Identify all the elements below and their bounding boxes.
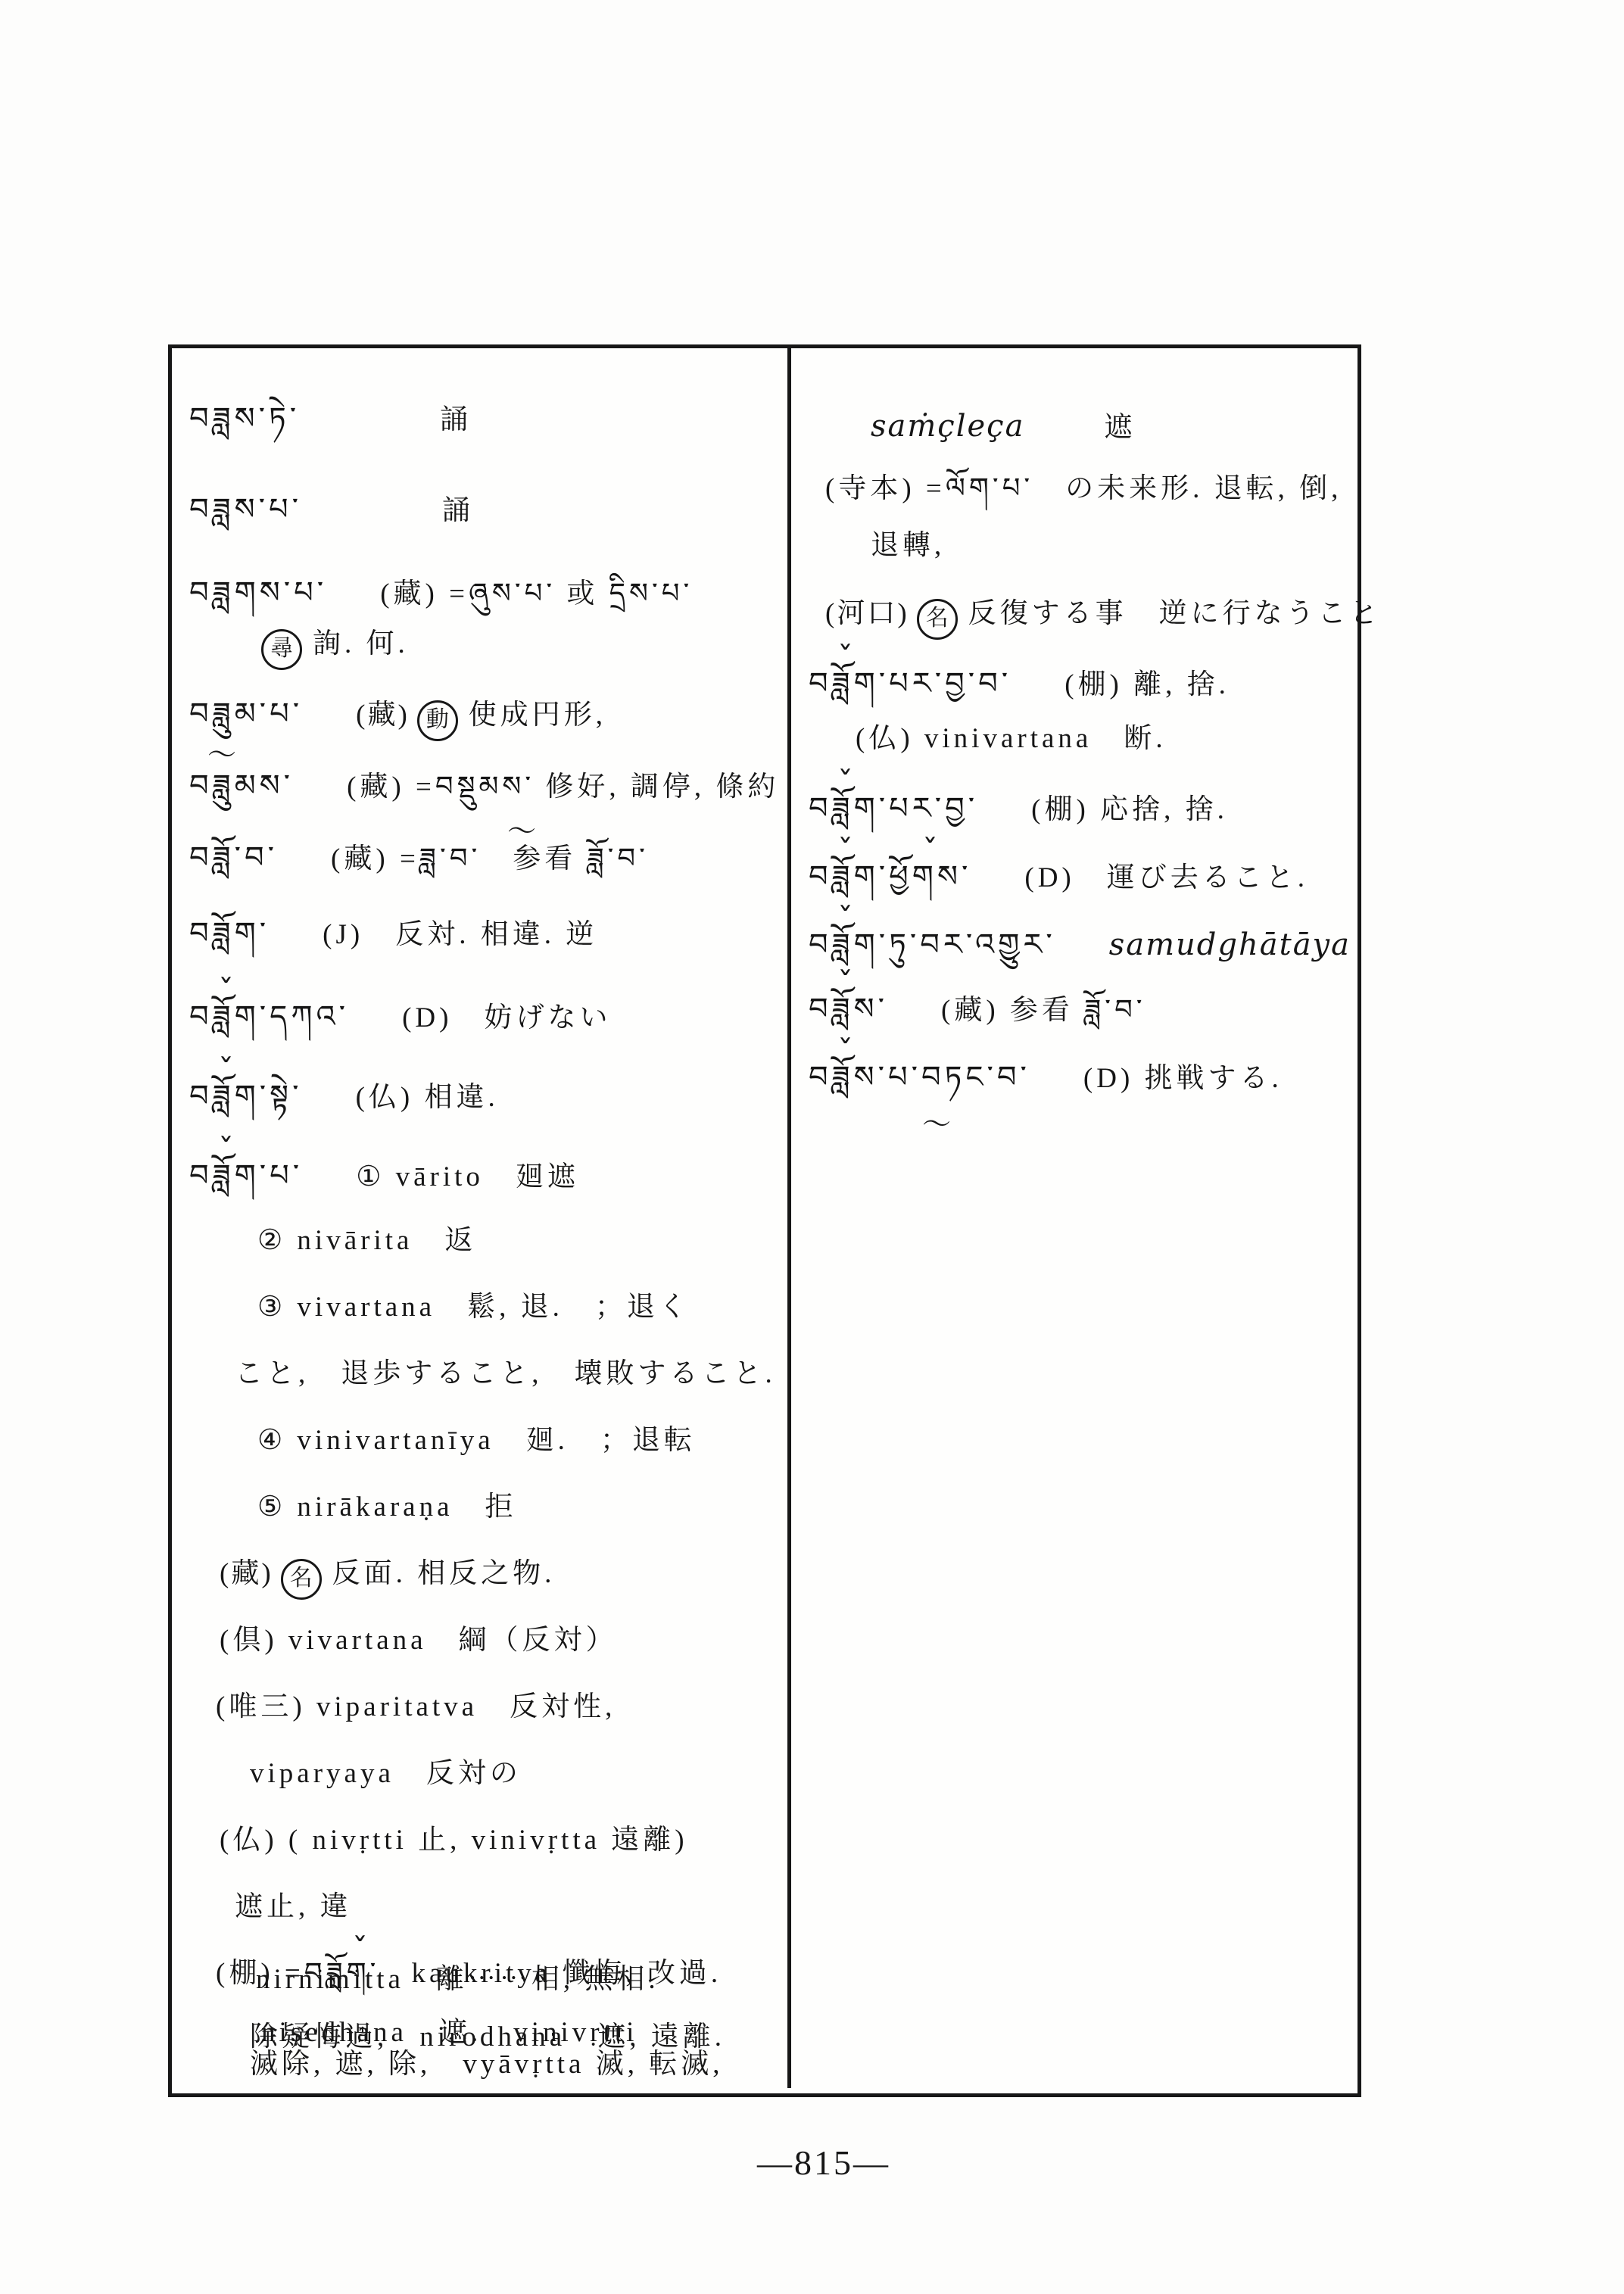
- gloss-text: viparyaya 反対の: [250, 1758, 522, 1789]
- entry-line: ˇ བཟློས་(藏) 参看 ཟློ་བ་: [809, 992, 1146, 1027]
- entry-subline: こと, 退歩すること, 壊敗すること.: [235, 1358, 776, 1391]
- entry-line: ˇ བཟློག་པ་① vārito 廻遮: [189, 1158, 579, 1194]
- gloss-text: (藏) =ཞུས་པ་ 或 དྲིས་པ་: [380, 578, 693, 609]
- tibetan-headword: བཟློག་དཀའ་: [189, 999, 349, 1034]
- gloss-text: niṣedhana 遮. vinivṛtti: [261, 2017, 637, 2048]
- gloss-text: 遮: [1104, 412, 1136, 443]
- gloss-text: 遮止, 違: [235, 1891, 352, 1922]
- gloss-text: (仏) ( nivṛtti 止, vinivṛtta 遠離): [220, 1825, 688, 1856]
- entry-subline: niṣedhana 遮. vinivṛtti: [261, 2017, 637, 2049]
- grammar-marker-circle: 名: [917, 599, 958, 640]
- source-tag: (藏): [220, 1558, 273, 1589]
- caret-mark: ˇ: [837, 966, 853, 1002]
- entry-subline: (仏) vinivartana 断.: [856, 723, 1167, 756]
- wavy-underline-mark: 〜: [207, 739, 236, 772]
- entry-subline: ③ vivartana 鬆, 退. ；退く: [257, 1292, 690, 1324]
- tibetan-headword: བཟློག་པར་བྱ་: [809, 791, 978, 826]
- entry-line: ˇ བཟློག་ཏུ་བར་འགྱུར་samudghātāya: [809, 927, 1385, 962]
- entry-line: ˇ བཟློག་དཀའ་(D) 妨げない: [189, 999, 611, 1035]
- entry-subline: 退轉,: [871, 530, 945, 563]
- entry-subline: ② nivārita 返: [257, 1225, 476, 1258]
- source-tag: (藏): [356, 700, 410, 731]
- tibetan-headword: བཟླས་ཏེ་: [189, 401, 300, 436]
- entry-line: ˇ ˇ བཟློག་ཕྱོགས་(D) 運び去ること.: [809, 859, 1308, 895]
- gloss-text: (倶) vivartana 綱（反対）: [220, 1625, 618, 1656]
- tibetan-headword: བཟློག་ཕྱོགས་: [809, 859, 971, 894]
- gloss-text: (J) 反対. 相違. 逆: [323, 919, 597, 950]
- page-number: —815—: [757, 2143, 890, 2183]
- caret-mark: ˇ: [837, 1034, 853, 1071]
- entry-subline: (唯三) viparitatva 反対性,: [216, 1691, 616, 1724]
- gloss-text: (寺本) =ལོག་པ་ の未来形. 退転, 倒,: [825, 473, 1342, 504]
- gloss-text: (棚) 応捨, 捨.: [1031, 794, 1228, 825]
- gloss-text: (藏) =བསྡུམས་ 修好, 調停, 條約: [347, 771, 779, 803]
- entry-line: ˇ བཟློག་པར་བྱ་(棚) 応捨, 捨.: [809, 791, 1228, 827]
- grammar-marker-circle: 動: [417, 700, 458, 741]
- entry-subline: ④ vinivartanīya 廻. ；退転: [257, 1425, 696, 1457]
- gloss-text: ④ vinivartanīya 廻. ；退転: [257, 1425, 696, 1456]
- tibetan-headword: བཟློག་: [189, 916, 270, 951]
- grammar-marker-circle: 名: [281, 1559, 322, 1600]
- gloss-text: 退轉,: [871, 530, 945, 561]
- gloss-text: 反面. 相反之物.: [332, 1558, 556, 1589]
- gloss-text: (唯三) viparitatva 反対性,: [216, 1691, 616, 1722]
- caret-mark: ˇ: [837, 902, 853, 938]
- entry-subline: (河口)名反復する事 逆に行なうこと: [825, 598, 1382, 640]
- gloss-text: 滅除, 遮, 除, vyāvṛtta 滅, 転滅,: [250, 2049, 723, 2080]
- source-tag: (河口): [825, 598, 909, 629]
- entry-subline: viparyaya 反対の: [250, 1758, 522, 1791]
- gloss-text: 詢. 何.: [313, 628, 409, 659]
- entry-line: 〜 བཟླུམས་(藏) =བསྡུམས་ 修好, 調停, 條約: [189, 768, 779, 804]
- gloss-text: ① vārito 廻遮: [356, 1161, 579, 1192]
- gloss-text: (D) 妨げない: [402, 1002, 611, 1033]
- gloss-text: (D) 挑戦する.: [1083, 1063, 1283, 1094]
- gloss-text: (仏) vinivartana 断.: [856, 723, 1167, 754]
- gloss-text: (仏) 相違.: [356, 1082, 499, 1113]
- tibetan-headword: བཟླས་པ་: [189, 492, 302, 527]
- entry-line: བཟློག་(J) 反対. 相違. 逆: [189, 916, 597, 952]
- gloss-text: ⑤ nirākaraṇa 拒: [257, 1491, 517, 1523]
- wavy-underline-mark: 〜: [922, 1108, 951, 1142]
- entry-line: ˇ 〜 བཟློས་པ་བཏང་བ་(D) 挑戦する.: [809, 1060, 1283, 1096]
- gloss-text: ② nivārita 返: [257, 1225, 476, 1256]
- entry-subline: (寺本) =ལོག་པ་ の未来形. 退転, 倒,: [825, 473, 1342, 506]
- entry-line: བཟློ་བ་(藏) =ཟླ་བ་ 参看 ཟློ་བ་: [189, 840, 649, 876]
- caret-mark: ˇ: [837, 641, 853, 677]
- gloss-text: (藏) =ཟླ་བ་ 参看 ཟློ་བ་: [331, 843, 649, 874]
- entry-subline: (倶) vivartana 綱（反対）: [220, 1625, 618, 1657]
- gloss-text: 反復する事 逆に行なうこと: [968, 598, 1382, 629]
- entry-line: 〜 བཟླུམ་པ་(藏)動使成円形,: [189, 697, 606, 741]
- entry-line: བཟླས་ཏེ་誦: [189, 401, 472, 437]
- entry-subline: ⑤ nirākaraṇa 拒: [257, 1491, 517, 1524]
- grammar-marker-circle: 尋: [261, 629, 302, 670]
- gloss-text: (D) 運び去ること.: [1024, 862, 1308, 893]
- entry-line: ˇ བཟློག་སྟེ་(仏) 相違.: [189, 1079, 499, 1114]
- caret-mark: ˇ: [922, 834, 938, 870]
- gloss-text: ③ vivartana 鬆, 退. ；退く: [257, 1292, 690, 1323]
- entry-line: བཟླགས་པ་(藏) =ཞུས་པ་ 或 དྲིས་པ་: [189, 575, 693, 611]
- caret-mark: ˇ: [218, 974, 234, 1010]
- tibetan-headword: བཟློག་པ་: [189, 1158, 303, 1193]
- gloss-text: nirnimitta 離⋯⋯相, 無相.: [256, 1964, 659, 1995]
- gloss-text: (藏) 参看 ཟློ་བ་: [941, 995, 1146, 1026]
- entry-subline: nirnimitta 離⋯⋯相, 無相.: [256, 1964, 659, 1996]
- entry-subline: 遮止, 違: [235, 1891, 352, 1924]
- tibetan-headword: བཟློག་སྟེ་: [189, 1079, 303, 1114]
- entry-line: saṁçleça遮: [871, 409, 1136, 444]
- tibetan-headword: བཟླུམས་: [189, 768, 294, 803]
- caret-mark: ˇ: [218, 1053, 234, 1089]
- gloss-text: 使成円形,: [469, 700, 606, 731]
- entry-subline: 滅除, 遮, 除, vyāvṛtta 滅, 転滅,: [250, 2049, 723, 2081]
- tibetan-headword: བཟློ་བ་: [189, 840, 278, 875]
- entry-subline: (藏)名反面. 相反之物.: [220, 1558, 555, 1600]
- entry-subline: (仏) ( nivṛtti 止, vinivṛtta 遠離): [220, 1825, 688, 1857]
- entry-subline: 尋詢. 何.: [254, 628, 409, 670]
- entry-line: ˇ བཟློག་པར་བྱ་བ་(棚) 離, 捨.: [809, 666, 1230, 702]
- caret-mark: ˇ: [218, 1133, 234, 1169]
- gloss-text: 誦: [442, 495, 474, 526]
- entry-line: བཟླས་པ་誦: [189, 492, 474, 528]
- gloss-text: 誦: [440, 404, 472, 435]
- gloss-text: こと, 退歩すること, 壊敗すること.: [235, 1358, 776, 1389]
- column-divider: [787, 347, 791, 2088]
- sanskrit-term: saṁçleça: [871, 409, 1024, 444]
- caret-mark: ˇ: [837, 765, 853, 802]
- gloss-text: (棚) 離, 捨.: [1064, 669, 1230, 700]
- caret-mark: ˇ: [837, 834, 853, 870]
- tibetan-headword: བཟླུམ་པ་: [189, 697, 303, 731]
- sanskrit-term: samudghātāya: [1109, 927, 1351, 962]
- tibetan-headword: བཟླགས་པ་: [189, 575, 327, 610]
